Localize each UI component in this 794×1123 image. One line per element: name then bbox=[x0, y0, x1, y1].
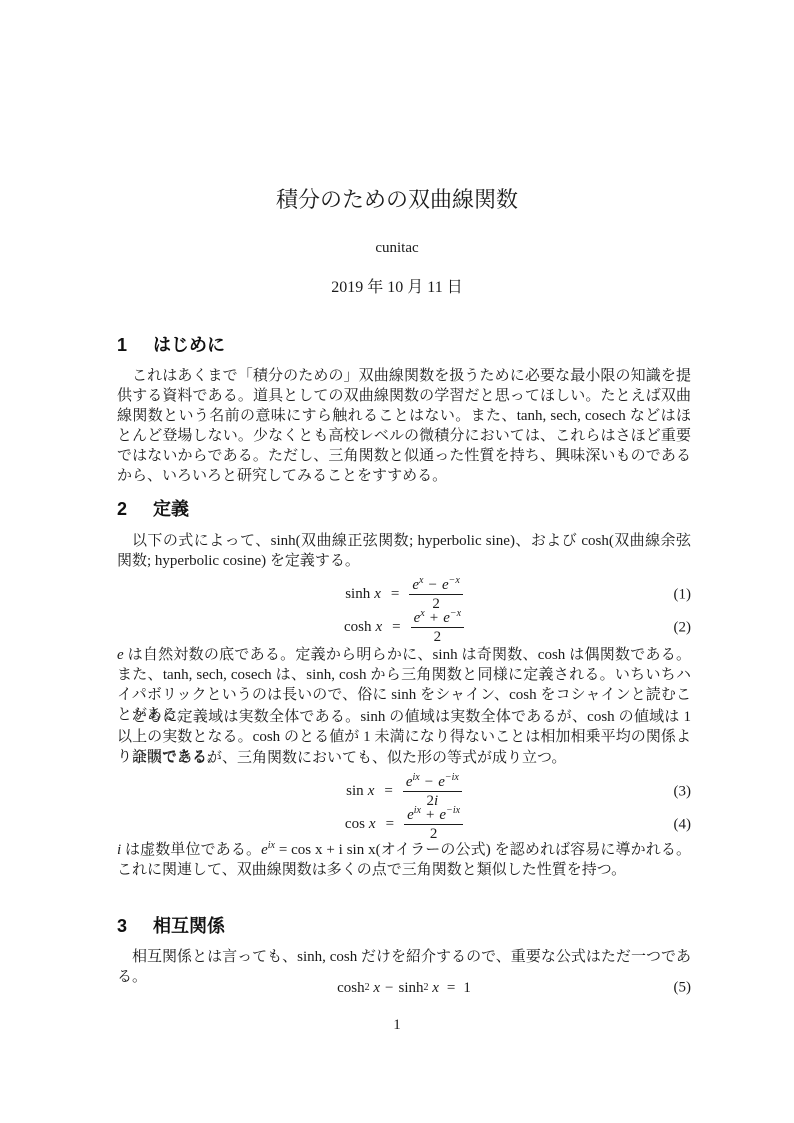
equation-body: coshx = ex+e−x 2 bbox=[344, 611, 464, 644]
document-date: 2019 年 10 月 11 日 bbox=[0, 274, 794, 297]
fraction-numerator: eix−e−ix bbox=[403, 775, 462, 792]
document-author: cunitac bbox=[0, 240, 794, 257]
math-variable: x bbox=[374, 586, 381, 603]
math-variable: x bbox=[369, 816, 376, 833]
document-page: 積分のための双曲線関数 cunitac 2019 年 10 月 11 日 1はじ… bbox=[0, 0, 794, 1123]
section-2-title: 定義 bbox=[153, 499, 189, 519]
section-1-title: はじめに bbox=[153, 335, 225, 355]
section-2-number: 2 bbox=[117, 497, 127, 521]
equation-body: sinx = eix−e−ix 2i bbox=[346, 775, 462, 808]
section-2-aside-paragraph: 余談であるが、三角関数においても、似た形の等式が成り立つ。 bbox=[117, 748, 691, 768]
fraction: ex+e−x 2 bbox=[411, 611, 464, 644]
math-symbol-e: e bbox=[117, 647, 124, 663]
equals-sign: = bbox=[391, 586, 399, 603]
math-variable: x bbox=[368, 783, 375, 800]
equation-sinh-definition: sinhx = ex−e−x 2 (1) bbox=[117, 578, 691, 611]
section-1-heading: 1はじめに bbox=[117, 333, 691, 357]
trig-analog-equations: sinx = eix−e−ix 2i (3) cosx = eix+e−ix 2… bbox=[117, 775, 691, 841]
document-title: 積分のための双曲線関数 bbox=[0, 185, 794, 215]
math-function: cos bbox=[345, 816, 365, 833]
equals-sign: = bbox=[384, 783, 392, 800]
equation-cos-exponential: cosx = eix+e−ix 2 (4) bbox=[117, 808, 691, 841]
math-function: sin bbox=[346, 783, 364, 800]
identity-equation-block: cosh2 x − sinh2 x =1 (5) bbox=[117, 975, 691, 1001]
equation-number: (3) bbox=[674, 783, 692, 800]
page-number: 1 bbox=[0, 1017, 794, 1034]
equation-hyperbolic-identity: cosh2 x − sinh2 x =1 (5) bbox=[117, 975, 691, 1001]
fraction-numerator: ex+e−x bbox=[411, 611, 464, 628]
definition-equations: sinhx = ex−e−x 2 (1) coshx = ex+e−x 2 (2… bbox=[117, 578, 691, 644]
equals-sign: = bbox=[447, 980, 455, 997]
fraction-denominator: 2 bbox=[404, 825, 463, 841]
equation-number: (2) bbox=[674, 619, 692, 636]
equation-sin-exponential: sinx = eix−e−ix 2i (3) bbox=[117, 775, 691, 808]
section-1-paragraph: これはあくまで「積分のための」双曲線関数を扱うために必要な最小限の知識を提供する… bbox=[117, 366, 691, 486]
euler-formula: = cos x + i sin x bbox=[275, 842, 376, 858]
fraction: ex−e−x 2 bbox=[409, 578, 462, 611]
section-3-heading: 3相互関係 bbox=[117, 914, 691, 938]
section-1-number: 1 bbox=[117, 333, 127, 357]
section-2-imaginary-paragraph: i は虚数単位である。eix = cos x + i sin x(オイラーの公式… bbox=[117, 840, 691, 880]
equation-number: (4) bbox=[674, 816, 692, 833]
fraction: eix+e−ix 2 bbox=[404, 808, 463, 841]
fraction-denominator: 2 bbox=[411, 628, 464, 644]
equation-body: cosx = eix+e−ix 2 bbox=[345, 808, 463, 841]
section-3-number: 3 bbox=[117, 914, 127, 938]
equation-number: (5) bbox=[674, 980, 692, 997]
equation-cosh-definition: coshx = ex+e−x 2 (2) bbox=[117, 611, 691, 644]
section-3-title: 相互関係 bbox=[153, 916, 225, 936]
equals-sign: = bbox=[386, 816, 394, 833]
math-symbol-e: e bbox=[261, 842, 268, 858]
equation-body: cosh2 x − sinh2 x =1 bbox=[337, 980, 471, 997]
equals-sign: = bbox=[392, 619, 400, 636]
equation-body: sinhx = ex−e−x 2 bbox=[345, 578, 463, 611]
equation-number: (1) bbox=[674, 586, 692, 603]
section-2-heading: 2定義 bbox=[117, 497, 691, 521]
fraction: eix−e−ix 2i bbox=[403, 775, 462, 808]
math-function: sinh bbox=[345, 586, 370, 603]
math-variable: x bbox=[375, 619, 382, 636]
fraction-numerator: ex−e−x bbox=[409, 578, 462, 595]
section-2-intro-paragraph: 以下の式によって、sinh(双曲線正弦関数; hyperbolic sine)、… bbox=[117, 531, 691, 571]
math-function: cosh bbox=[344, 619, 372, 636]
fraction-numerator: eix+e−ix bbox=[404, 808, 463, 825]
